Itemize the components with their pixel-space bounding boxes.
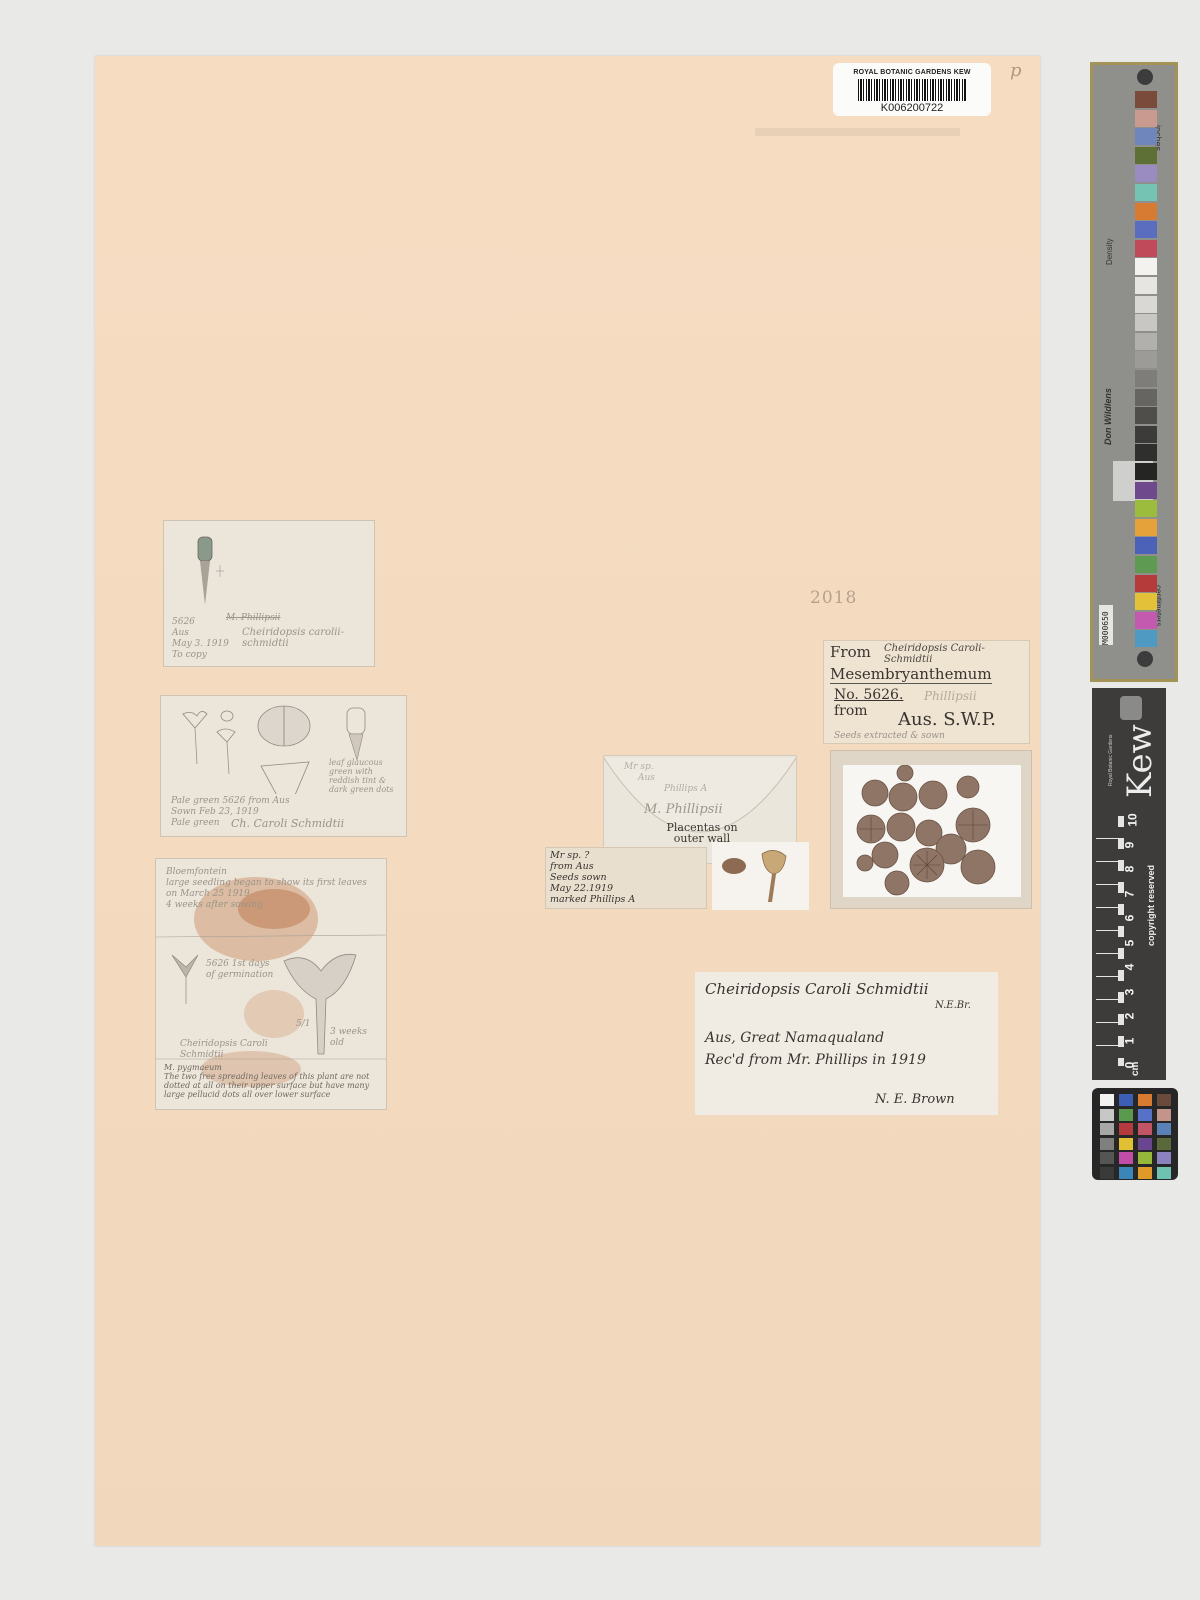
kew-subtitle: Royal Botanic Gardens <box>1108 735 1114 786</box>
ruler-bars <box>1096 816 1118 1066</box>
locality-line: Aus, Great Namaqualand <box>705 1030 884 1046</box>
id-tag: M000650 <box>1099 605 1113 645</box>
ruler-number: 8 <box>1122 866 1136 873</box>
checker-swatch <box>1119 1109 1133 1121</box>
color-patch <box>1135 426 1157 443</box>
color-patch <box>1135 556 1157 573</box>
note-line: large seedling began to show its first l… <box>166 878 376 900</box>
sketch-card-1: 5626 Aus May 3. 1919 To copy M. Phillips… <box>163 520 375 667</box>
sketch1-taxon: Cheiridopsis carolii-schmidtii <box>242 627 362 649</box>
checker-swatch <box>1157 1152 1171 1164</box>
checker-swatch <box>1157 1138 1171 1150</box>
checker-swatch <box>1157 1109 1171 1121</box>
color-patch <box>1135 240 1157 257</box>
note-line: Aus <box>624 773 707 784</box>
color-patch <box>1135 575 1157 592</box>
checker-swatch <box>1100 1152 1114 1164</box>
color-patch <box>1135 463 1157 480</box>
checker-swatch <box>1100 1138 1114 1150</box>
collector-signature: N. E. Brown <box>875 1092 955 1107</box>
faint-stamp-strip <box>755 128 960 136</box>
accession-stamp: 2018 <box>810 588 857 608</box>
color-patch <box>1135 296 1157 313</box>
copyright-text: copyright reserved <box>1146 865 1156 946</box>
checker-swatch <box>1157 1094 1171 1106</box>
kew-brand: Kew <box>1120 724 1160 798</box>
color-patch <box>1135 593 1157 610</box>
note-line: Mr sp. ? <box>550 850 635 861</box>
kew-crest-icon <box>1120 696 1142 720</box>
barcode-icon <box>858 79 966 101</box>
checker-swatch <box>1100 1109 1114 1121</box>
checker-swatch <box>1119 1152 1133 1164</box>
checker-swatch <box>1119 1167 1133 1179</box>
seedling-drawing-icon <box>190 535 230 615</box>
ruler-number: 3 <box>1122 988 1136 995</box>
color-patch <box>1135 128 1157 145</box>
locality: Aus. S.W.P. <box>898 709 996 730</box>
checker-swatch <box>1157 1123 1171 1135</box>
note-line: The two free spreading leaves of this pl… <box>164 1072 378 1099</box>
color-patch <box>1135 351 1157 368</box>
seed-capsules-icon <box>843 765 1021 897</box>
number-annotation: Phillipsii <box>924 689 977 703</box>
ruler-number: 5 <box>1122 939 1136 946</box>
sketch3-footer: M. pygmaeum The two free spreading leave… <box>164 1063 378 1099</box>
struck-name: M. Phillipsii <box>226 613 280 624</box>
kew-scale-block: Kew Royal Botanic Gardens 012345678910 c… <box>1092 688 1166 1080</box>
note-line: marked Phillips A <box>550 894 635 905</box>
checker-swatch <box>1100 1123 1114 1135</box>
note-line: 4 weeks after sowing <box>166 900 376 911</box>
sowing-notes: Mr sp. ? from Aus Seeds sown May 22.1919… <box>550 850 635 905</box>
color-patch <box>1135 314 1157 331</box>
corner-mark: p <box>1010 60 1022 81</box>
color-patch <box>1135 519 1157 536</box>
note-line: Mr sp. <box>624 762 707 773</box>
note-line: Bloemfontein <box>166 867 376 878</box>
barcode-number: K006200722 <box>833 102 991 114</box>
checker-swatch <box>1138 1109 1152 1121</box>
note-line: Seeds sown <box>550 872 635 883</box>
registration-dot-icon <box>1137 651 1153 667</box>
color-patch <box>1135 370 1157 387</box>
color-patch <box>1135 277 1157 294</box>
received-line: Rec'd from Mr. Phillips in 1919 <box>705 1052 926 1068</box>
checker-swatch <box>1138 1167 1152 1179</box>
color-patch <box>1135 258 1157 275</box>
ruler-number: 10 <box>1126 813 1140 826</box>
note-line: from Aus <box>550 861 635 872</box>
scale-note: 5/1 <box>296 1019 310 1030</box>
color-patch <box>1135 389 1157 406</box>
checker-swatch <box>1138 1123 1152 1135</box>
sketch-card-2: Pale green 5626 from Aus Sown Feb 23, 19… <box>160 695 407 837</box>
color-patch <box>1135 537 1157 554</box>
color-patch <box>1135 221 1157 238</box>
color-patch <box>1135 147 1157 164</box>
barcode-label: ROYAL BOTANIC GARDENS KEW K006200722 <box>833 63 991 116</box>
seeds-note: Seeds extracted & sown <box>834 731 945 742</box>
checker-swatch <box>1119 1138 1133 1150</box>
from-prefix: From <box>830 643 871 661</box>
envelope-annotation: M. Phillipsii <box>644 804 723 815</box>
checker-swatch <box>1138 1152 1152 1164</box>
color-patch <box>1135 184 1157 201</box>
color-patch <box>1135 500 1157 517</box>
note-line: 5626 <box>172 617 229 628</box>
sowing-label: Mr sp. ? from Aus Seeds sown May 22.1919… <box>545 847 707 909</box>
sketch3-notes: Bloemfontein large seedling began to sho… <box>166 867 376 911</box>
note-line: Phillips A <box>624 784 707 795</box>
ruler-number: 2 <box>1122 1013 1136 1020</box>
institution-name: ROYAL BOTANIC GARDENS KEW <box>833 69 991 76</box>
seedling-note: 5626 1st days of germination <box>206 959 276 981</box>
sketch1-notes: 5626 Aus May 3. 1919 To copy <box>172 617 229 661</box>
checker-swatch <box>1138 1138 1152 1150</box>
checker-swatch <box>1119 1094 1133 1106</box>
checker-swatch <box>1157 1167 1171 1179</box>
dried-specimen-fragment <box>712 842 809 910</box>
cm-unit: cm <box>1130 1062 1141 1076</box>
checker-swatch <box>1138 1094 1152 1106</box>
checker-swatch <box>1100 1094 1114 1106</box>
taxon-authority: N.E.Br. <box>935 1000 971 1011</box>
taxon-name: Cheiridopsis Caroli Schmidtii <box>705 980 929 998</box>
determination-label: Cheiridopsis Caroli Schmidtii N.E.Br. Au… <box>695 972 998 1115</box>
color-patch <box>1135 612 1157 629</box>
ruler-number: 6 <box>1122 915 1136 922</box>
sketch2-taxon: Ch. Caroli Schmidtii <box>231 818 344 829</box>
color-patch <box>1135 333 1157 350</box>
ruler-number: 4 <box>1122 964 1136 971</box>
color-patch <box>1135 444 1157 461</box>
envelope-faint-text: Mr sp. Aus Phillips A <box>624 762 707 795</box>
color-patch <box>1135 165 1157 182</box>
seed-capsules-card <box>843 765 1021 897</box>
density-label: Density <box>1105 238 1114 265</box>
source-label: From Cheiridopsis Caroli-Schmidtii Mesem… <box>823 640 1030 744</box>
color-checker <box>1092 1088 1178 1180</box>
color-patch <box>1135 203 1157 220</box>
dried-capsule-icon <box>712 842 809 910</box>
color-patch <box>1135 407 1157 424</box>
color-calibration-bar: inches Density Don Wildlens M000650 cent… <box>1090 62 1178 682</box>
note-line: May 22.1919 <box>550 883 635 894</box>
id-number: M000650 <box>1101 611 1110 645</box>
accession-number: No. 5626. <box>834 687 903 703</box>
envelope-note: Placentas on outer wall <box>666 822 738 844</box>
color-patch <box>1135 482 1157 499</box>
note-line: To copy <box>172 650 229 661</box>
checker-swatch <box>1119 1123 1133 1135</box>
from-word: from <box>834 703 868 719</box>
brand-label: Don Wildlens <box>1103 388 1113 445</box>
genus-name: Mesembryanthemum <box>830 665 992 684</box>
checker-swatch <box>1100 1167 1114 1179</box>
color-patch <box>1135 630 1157 647</box>
color-patch <box>1135 91 1157 108</box>
note-line: M. pygmaeum <box>164 1063 378 1072</box>
color-patch <box>1135 110 1157 127</box>
ruler-number: 1 <box>1122 1037 1136 1044</box>
sketch2-annotation: leaf glaucous green with reddish tint & … <box>329 758 399 794</box>
registration-dot-icon <box>1137 69 1153 85</box>
note-line: May 3. 1919 <box>172 639 229 650</box>
note-line: Aus <box>172 628 229 639</box>
sketch-card-3: Bloemfontein large seedling began to sho… <box>155 858 387 1110</box>
taxon-annotation: Cheiridopsis Caroli-Schmidtii <box>884 643 1024 665</box>
age-note: 3 weeks old <box>330 1027 380 1049</box>
ruler-number: 9 <box>1122 841 1136 848</box>
note-line: Pale green 5626 from Aus <box>171 796 331 807</box>
sketch3-taxon: Cheiridopsis Caroli Schmidtii <box>180 1039 290 1061</box>
ruler-number: 7 <box>1122 890 1136 897</box>
